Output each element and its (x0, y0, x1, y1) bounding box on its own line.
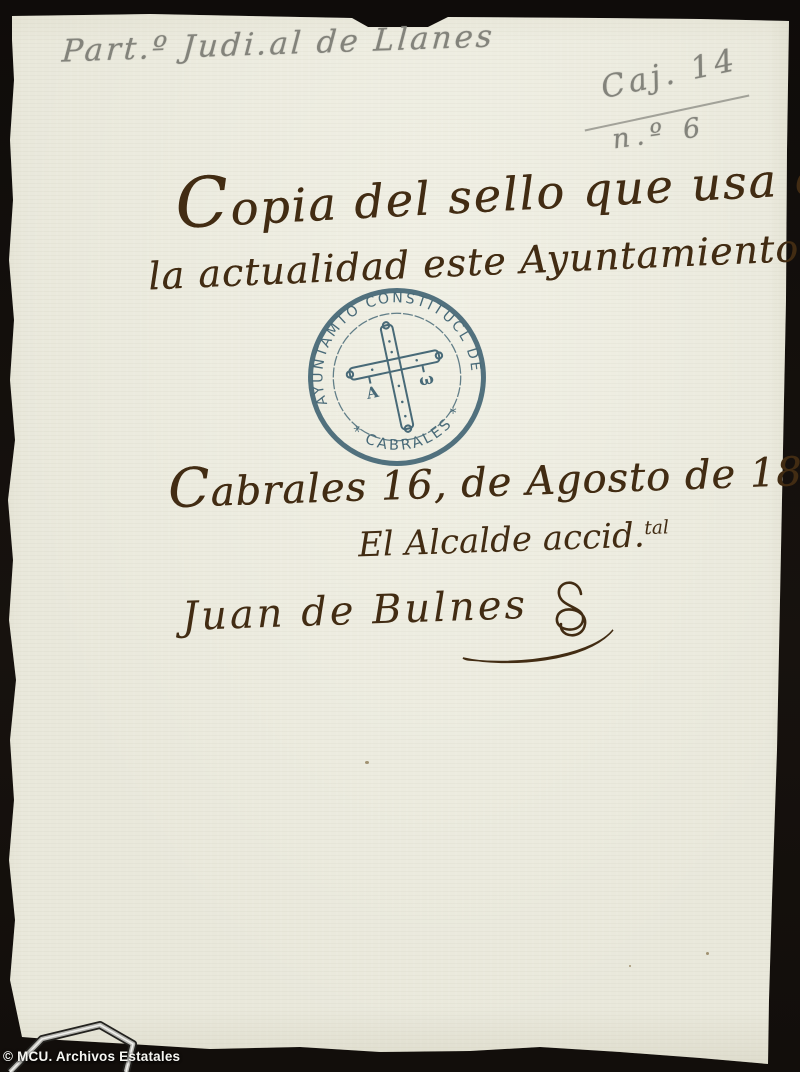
paper-speck (365, 761, 369, 764)
closing-superscript: tal (644, 517, 669, 539)
victory-cross-seal-icon: AYUNTAMTO CONSTITUCL DE * CABRALES * (289, 269, 505, 485)
stamp-omega-letter: ω (417, 368, 436, 390)
municipal-seal-stamp: AYUNTAMTO CONSTITUCL DE * CABRALES * (289, 269, 505, 485)
archive-scan: Part.º Judi.al de Llanes Caj. 14 n.º 6 C… (0, 0, 800, 1072)
stamp-alpha-letter: A (364, 382, 382, 403)
paper-speck (629, 965, 631, 967)
paper-speck (706, 952, 709, 955)
archive-watermark-label: © MCU. Archivos Estatales (3, 1049, 180, 1064)
signature-rubric-flourish-icon (455, 572, 635, 677)
